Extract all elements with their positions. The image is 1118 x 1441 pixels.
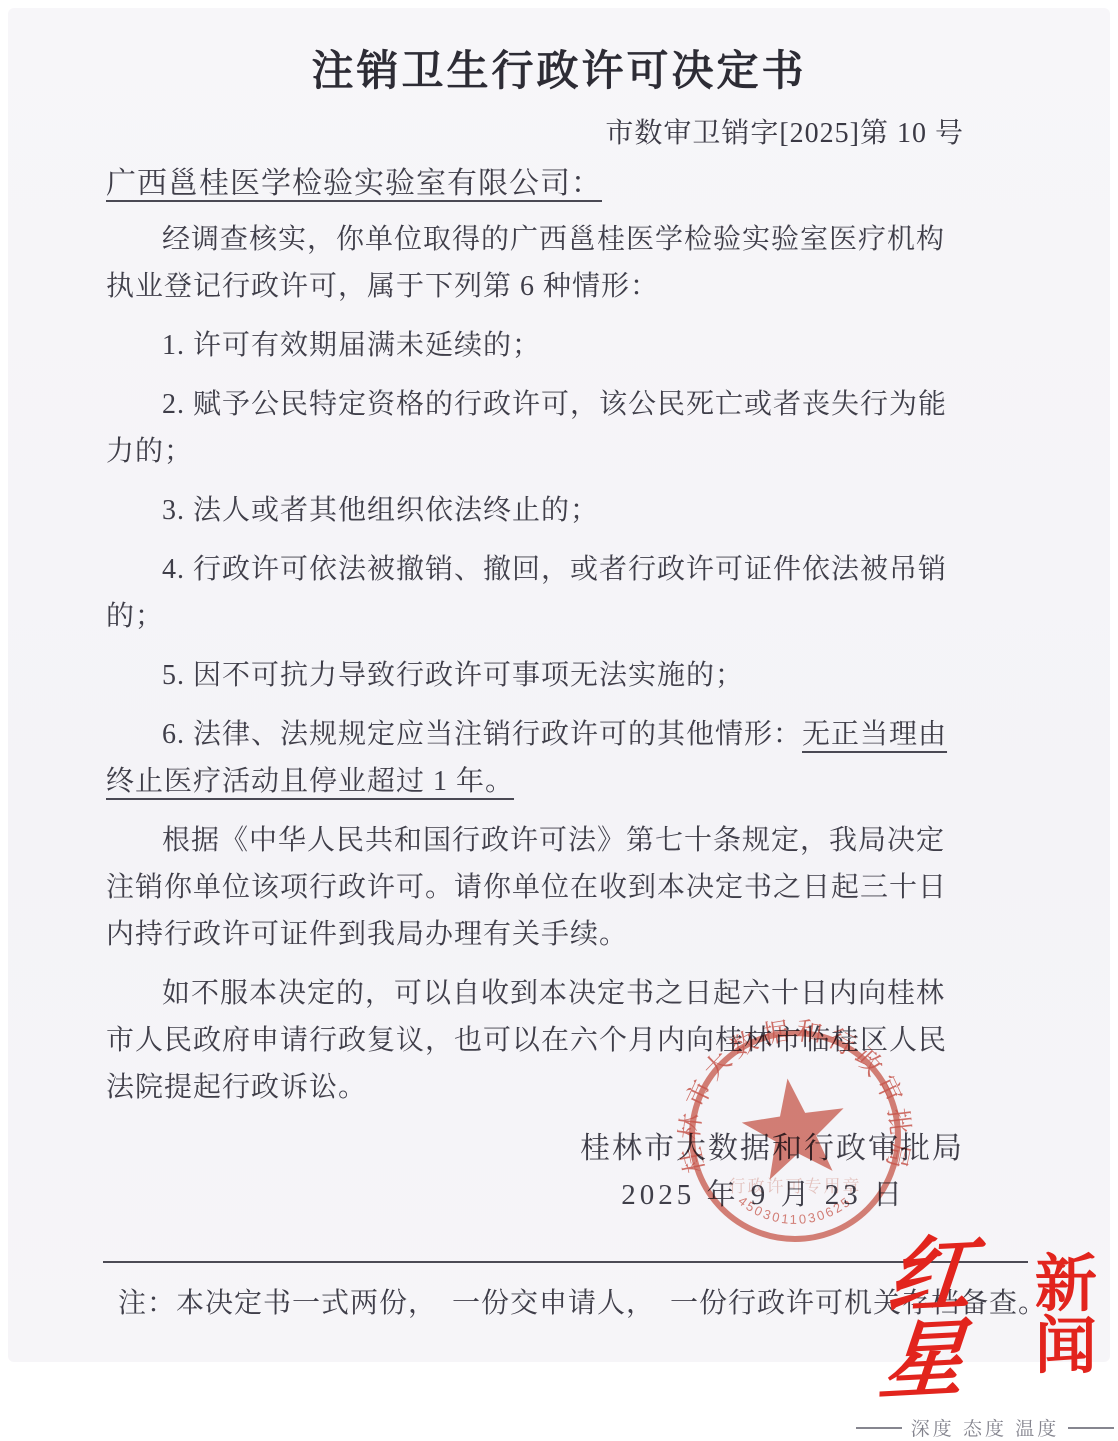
redstar-news-logo: 红星 新闻 深度 态度 温度 <box>846 1234 1118 1370</box>
addressee-name: 广西邕桂医学检验实验室有限公司： <box>106 167 602 200</box>
document-content: 注销卫生行政许可决定书 市数审卫销字[2025]第 10 号 广西邕桂医学检验实… <box>8 8 1110 1219</box>
seal-code: 4503011030625 <box>735 1193 854 1227</box>
logo-brush-text: 红星 <box>838 1230 1009 1370</box>
document-title: 注销卫生行政许可决定书 <box>106 44 1012 98</box>
document-page: 注销卫生行政许可决定书 市数审卫销字[2025]第 10 号 广西邕桂医学检验实… <box>8 8 1110 1362</box>
decision-paragraph: 根据《中华人民共和国行政许可法》第七十条规定，我局决定注销你单位该项行政许可。请… <box>106 817 964 958</box>
official-seal: 桂林市大数据和行政审批局 4503011030625 行政许可专用章 <box>675 1016 915 1256</box>
list-item-1: 1. 许可有效期届满未延续的； <box>106 322 964 369</box>
list-item-5: 5. 因不可抗力导致行政许可事项无法实施的； <box>106 652 964 699</box>
svg-text:4503011030625: 4503011030625 <box>735 1193 854 1227</box>
logo-block-text: 新闻 <box>1006 1254 1118 1370</box>
logo-wordmark: 红星 新闻 <box>846 1234 1118 1370</box>
list-item-6: 6. 法律、法规规定应当注销行政许可的其他情形：无正当理由终止医疗活动且停业超过… <box>106 711 964 805</box>
list-item-4: 4. 行政许可依法被撤销、撤回，或者行政许可证件依法被吊销的； <box>106 546 964 640</box>
seal-center-text: 行政许可专用章 <box>729 1176 862 1196</box>
intro-paragraph: 经调查核实，你单位取得的广西邕桂医学检验实验室医疗机构执业登记行政许可，属于下列… <box>106 216 964 310</box>
addressee-line: 广西邕桂医学检验实验室有限公司： <box>106 162 964 206</box>
doc-number: 市数审卫销字[2025]第 10 号 <box>106 114 964 154</box>
list-item-3: 3. 法人或者其他组织依法终止的； <box>106 487 964 534</box>
list-item-6-prefix: 6. 法律、法规规定应当注销行政许可的其他情形： <box>162 719 802 750</box>
red-star-icon <box>737 1071 852 1182</box>
document-body: 经调查核实，你单位取得的广西邕桂医学检验实验室医疗机构执业登记行政许可，属于下列… <box>106 216 964 1111</box>
list-item-2: 2. 赋予公民特定资格的行政许可，该公民死亡或者丧失行为能力的； <box>106 381 964 475</box>
